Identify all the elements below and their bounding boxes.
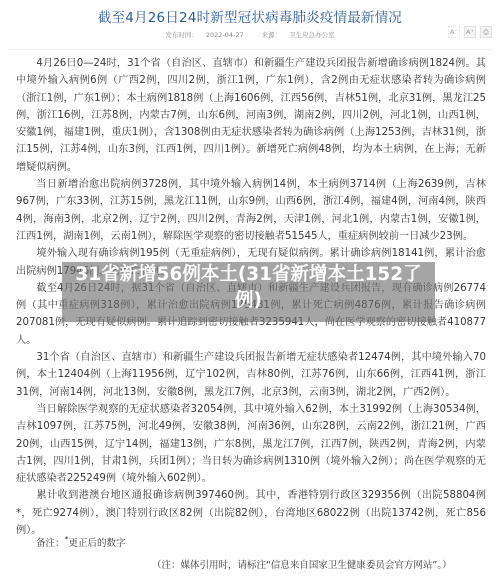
- publish-label: 发布时间：: [165, 31, 198, 39]
- source-label: 来源：: [262, 31, 282, 39]
- paragraph-asymptomatic: 31个省（自治区、直辖市）和新疆生产建设兵团报告新增无症状感染者12474例，其…: [16, 349, 486, 401]
- paragraph-new-cases: 4月26日0—24时，31个省（自治区、直辖市）和新疆生产建设兵团报告新增确诊病…: [16, 55, 486, 176]
- font-decrease-icon[interactable]: A⁻: [448, 26, 460, 38]
- overlay-banner-text: 31省新增56例本土(31省新增本土152了例): [62, 262, 435, 314]
- citation-note: （注：媒体引用时，请标注“信息来自国家卫生健康委员会官方网站”。）: [152, 557, 452, 571]
- article-tools: A⁻ A⁺ ⎙: [448, 26, 492, 38]
- article-meta: 发布时间：2022-04-27 来源：卫生应急办公室: [0, 30, 500, 39]
- paragraph-hk-mo-tw: 累计收到港澳台地区通报确诊病例397460例。其中，香港特别行政区329356例…: [16, 487, 486, 539]
- paragraph-recoveries: 当日新增治愈出院病例3728例，其中境外输入病例14例，本土病例3714例（上海…: [16, 176, 486, 245]
- footnote: 备注：*更正后的数字: [36, 535, 126, 549]
- note-text: 更正后的数字: [69, 538, 126, 549]
- header-divider: [8, 49, 492, 50]
- source: 来源：卫生应急办公室: [258, 31, 339, 39]
- publish-date: 发布时间：2022-04-27: [161, 31, 247, 39]
- font-increase-icon[interactable]: A⁺: [464, 26, 476, 38]
- note-label: 备注：: [36, 538, 65, 549]
- article-title: 截至4月26日24时新型冠状病毒肺炎疫情最新情况: [0, 6, 500, 26]
- paragraph-released: 当日解除医学观察的无症状感染者32054例，其中境外输入62例，本土31992例…: [16, 401, 486, 487]
- source-value: 卫生应急办公室: [289, 31, 335, 39]
- print-icon[interactable]: ⎙: [480, 26, 492, 38]
- publish-date-value: 2022-04-27: [206, 31, 244, 39]
